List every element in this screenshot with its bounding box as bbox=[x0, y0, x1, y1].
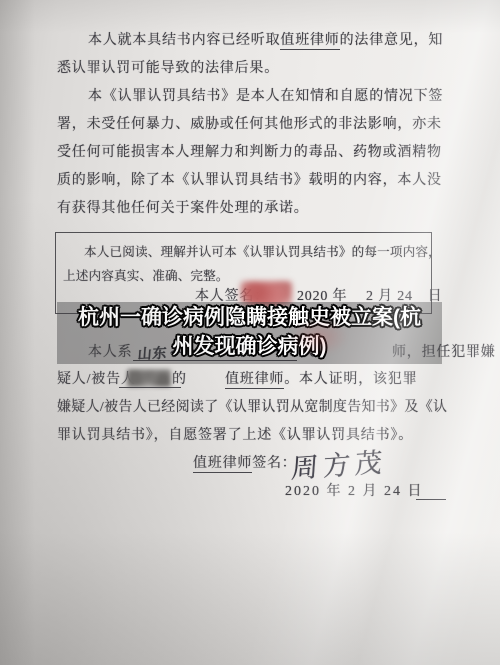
ack-line-1: 本人已阅读、理解并认可本《认罪认罚具结书》的每一项内容， bbox=[84, 244, 441, 260]
duty-lawyer-underlined-3: 值班律师 bbox=[193, 456, 252, 473]
headline-banner: 杭州一确诊病例隐瞒接触史被立案(杭 州发现确诊病例) bbox=[57, 302, 442, 364]
redacted-name-underline bbox=[119, 387, 181, 388]
duty-lawyer-sign-label: 值班律师签名： bbox=[193, 456, 297, 472]
doc-line-4: 署，未受任何暴力、威胁或任何其他形式的非法影响，亦未 bbox=[57, 117, 442, 133]
headline-line-2: 州发现确诊病例) bbox=[173, 332, 327, 361]
doc-line-6: 质的影响，除了本《认罪认罚具结书》载明的内容，本人没 bbox=[57, 173, 442, 189]
duty-lawyer-date: 2020 年 2 月 24 日 bbox=[285, 484, 424, 500]
redacted-name-blur bbox=[127, 369, 171, 387]
doc-line-7: 有获得其他任何关于案件处理的承诺。 bbox=[57, 201, 309, 217]
duty-lawyer-signature-handwriting: 周方茂 bbox=[290, 440, 389, 486]
document-photo: 本人就本具结书内容已经听取值班律师的法律意见，知 悉认罪认罚可能导致的法律后果。… bbox=[0, 0, 500, 665]
lawyer-line-2-duty: 值班律师。本人证明，该犯罪 bbox=[225, 372, 417, 388]
duty-lawyer-underlined: 值班律师 bbox=[280, 33, 339, 50]
lawyer-line-2-de: 的 bbox=[172, 372, 187, 388]
doc-line-1-post: 的法律意见，知 bbox=[340, 33, 444, 48]
headline-line-1: 杭州一确诊病例隐瞒接触史被立案(杭 bbox=[78, 303, 421, 332]
doc-line-1-pre: 本人就本具结书内容已经听取 bbox=[88, 33, 280, 48]
date-trailing-underline bbox=[416, 499, 446, 500]
ack-line-2: 上述内容真实、准确、完整。 bbox=[63, 268, 229, 284]
duty-lawyer-underlined-2: 值班律师 bbox=[225, 372, 284, 389]
doc-line-2: 悉认罪认罚可能导致的法律后果。 bbox=[57, 61, 279, 77]
lawyer-line-2-post: 。本人证明，该犯罪 bbox=[284, 372, 417, 387]
doc-line-1: 本人就本具结书内容已经听取值班律师的法律意见，知 bbox=[88, 33, 443, 49]
lawyer-line-2-pre: 疑人/被告人 bbox=[57, 372, 136, 388]
doc-line-3: 本《认罪认罚具结书》是本人在知情和自愿的情况下签 bbox=[88, 89, 443, 105]
doc-line-5: 受任何可能损害本人理解力和判断力的毒品、药物或酒精物 bbox=[57, 145, 442, 161]
duty-lawyer-sign-label-rest: 签名： bbox=[252, 456, 296, 471]
lawyer-line-3: 嫌疑人/被告人已经阅读了《认罪认罚从宽制度告知书》及《认 bbox=[57, 400, 447, 416]
